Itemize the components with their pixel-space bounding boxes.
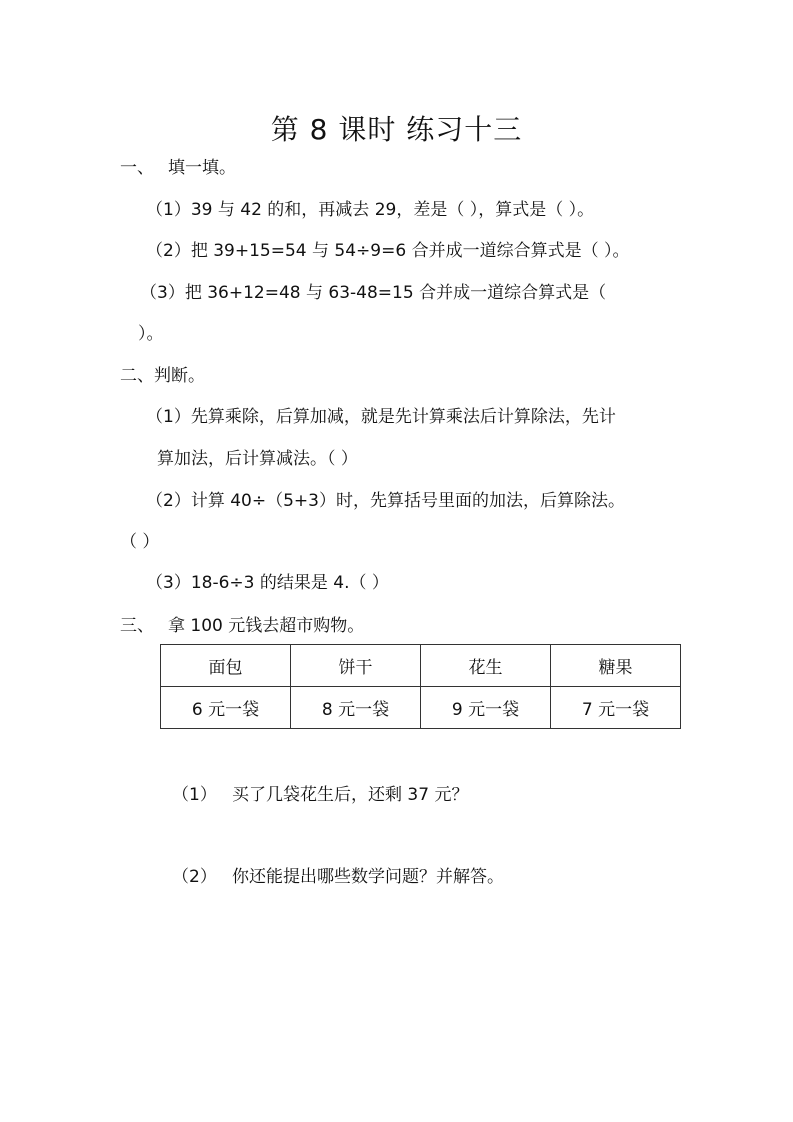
price-table-price-row: 6 元一袋 8 元一袋 9 元一袋 7 元一袋 — [161, 687, 681, 729]
table-cell-price: 9 元一袋 — [421, 687, 551, 729]
price-table: 面包 饼干 花生 糖果 6 元一袋 8 元一袋 9 元一袋 7 元一袋 — [160, 644, 681, 729]
section1-question-1: （1）39 与 42 的和，再减去 29，差是（ ），算式是（ ）。 — [146, 199, 594, 221]
section1-question-3-line1: （3）把 36+12=48 与 63-48=15 合并成一道综合算式是（ — [140, 282, 606, 304]
table-cell-price: 8 元一袋 — [291, 687, 421, 729]
section3-heading: 拿 100 元钱去超市购物。 — [168, 615, 364, 637]
table-cell-item: 饼干 — [291, 645, 421, 687]
section1-question-3-line2: ）。 — [138, 323, 164, 345]
section3-number: 三、 — [120, 615, 154, 637]
section2-question-3: （3）18-6÷3 的结果是 4.（ ） — [146, 572, 389, 594]
table-cell-item: 糖果 — [551, 645, 681, 687]
table-cell-price: 7 元一袋 — [551, 687, 681, 729]
page-title: 第 8 课时 练习十三 — [0, 108, 793, 148]
section1-heading: 填一填。 — [168, 157, 236, 179]
section2-question-2-line1: （2）计算 40÷（5+3）时，先算括号里面的加法，后算除法。 — [146, 490, 625, 512]
table-cell-price: 6 元一袋 — [161, 687, 291, 729]
price-table-header-row: 面包 饼干 花生 糖果 — [161, 645, 681, 687]
section2-question-2-line2: （ ） — [120, 531, 159, 553]
section3-question-1-number: （1） — [172, 784, 217, 806]
section1-number: 一、 — [120, 157, 154, 179]
table-cell-item: 花生 — [421, 645, 551, 687]
section1-question-2: （2）把 39+15=54 与 54÷9=6 合并成一道综合算式是（ ）。 — [146, 240, 629, 262]
section2-question-1-line1: （1）先算乘除，后算加减，就是先计算乘法后计算除法，先计 — [146, 406, 616, 428]
table-cell-item: 面包 — [161, 645, 291, 687]
section2-heading: 二、判断。 — [120, 365, 205, 387]
section3-question-1: 买了几袋花生后，还剩 37 元？ — [232, 784, 468, 806]
section2-question-1-line2: 算加法，后计算减法。（ ） — [157, 448, 358, 470]
section3-question-2: 你还能提出哪些数学问题？并解答。 — [232, 866, 504, 888]
section3-question-2-number: （2） — [172, 866, 217, 888]
